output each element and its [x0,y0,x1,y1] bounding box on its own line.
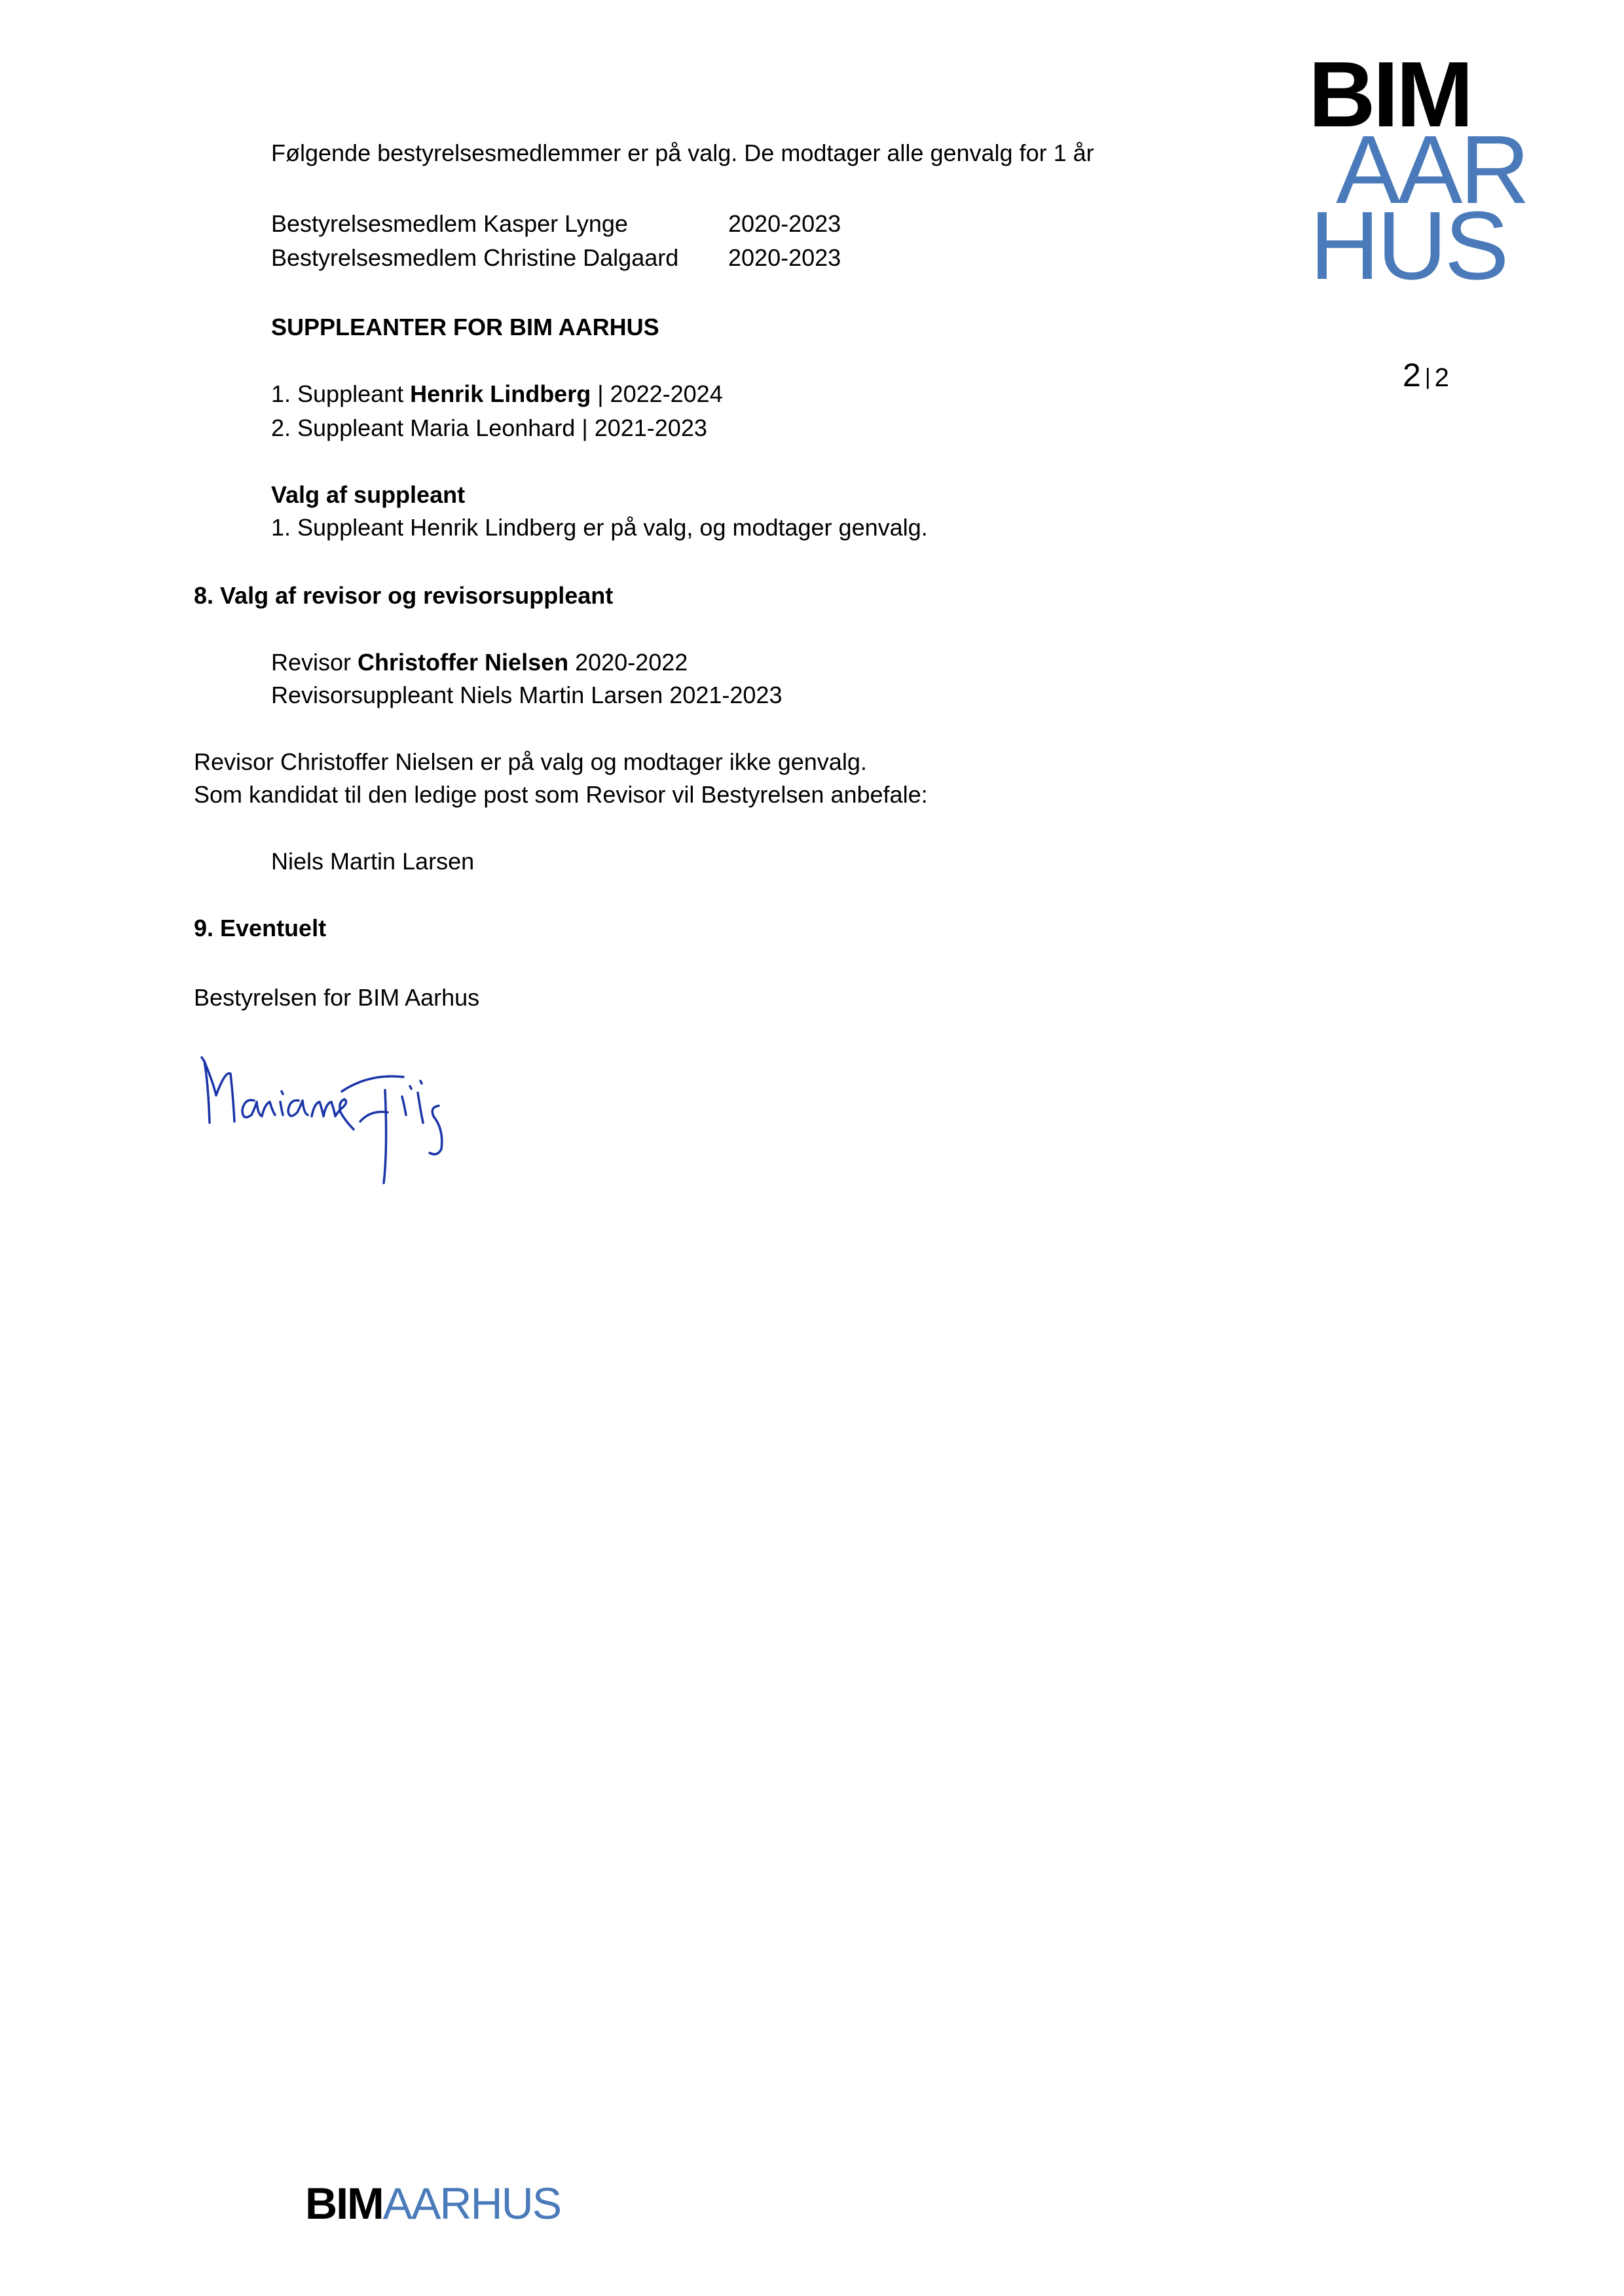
auditor-recommendation: Som kandidat til den ledige post som Rev… [194,778,928,812]
board-member-label: Bestyrelsesmedlem Kasper Lynge [271,210,628,237]
substitute-period: | 2022-2024 [591,380,723,407]
substitute-prefix: 1. Suppleant [271,380,410,407]
auditor-period: 2021-2023 [663,682,782,708]
auditor-candidate: Niels Martin Larsen [271,845,474,879]
auditor-row: Revisorsuppleant Niels Martin Larsen 202… [271,678,782,712]
substitute-name: Maria Leonhard [410,414,575,441]
substitute-prefix: 2. Suppleant [271,414,410,441]
board-member-row: Bestyrelsesmedlem Kasper Lynge [271,207,628,241]
board-member-period: 2020-2023 [728,207,841,241]
bim-aarhus-logo: BIM AAR HUS [1308,48,1518,297]
footer-logo: BIMAARHUS [305,2181,561,2226]
substitutes-heading: SUPPLEANTER FOR BIM AARHUS [271,310,659,344]
intro-text: Følgende bestyrelsesmedlemmer er på valg… [271,136,1094,170]
auditor-name: Christoffer Nielsen [358,649,568,676]
auditor-period: 2020-2022 [568,649,688,676]
signature-image [194,1044,534,1201]
page-current: 2 [1403,357,1421,393]
auditor-name: Niels Martin Larsen [460,682,663,708]
footer-logo-aarhus: AARHUS [383,2179,561,2229]
substitute-name: Henrik Lindberg [410,380,591,407]
board-member-label: Bestyrelsesmedlem Christine Dalgaard [271,244,678,271]
section-9-heading: 9. Eventuelt [194,911,326,945]
closing-text: Bestyrelsen for BIM Aarhus [194,981,479,1015]
auditor-row: Revisor Christoffer Nielsen 2020-2022 [271,646,688,680]
section-8-heading: 8. Valg af revisor og revisorsuppleant [194,579,613,613]
substitute-row: 2. Suppleant Maria Leonhard | 2021-2023 [271,411,707,445]
substitute-period: | 2021-2023 [575,414,707,441]
substitute-election-text: 1. Suppleant Henrik Lindberg er på valg,… [271,511,928,545]
logo-text-hus: HUS [1310,198,1506,295]
footer-logo-bim: BIM [305,2179,383,2229]
auditor-role: Revisorsuppleant [271,682,460,708]
auditor-role: Revisor [271,649,358,676]
page-separator: | [1425,365,1431,390]
board-member-row: Bestyrelsesmedlem Christine Dalgaard [271,241,678,275]
auditor-note: Revisor Christoffer Nielsen er på valg o… [194,745,867,779]
substitute-election-heading: Valg af suppleant [271,478,465,512]
substitute-row: 1. Suppleant Henrik Lindberg | 2022-2024 [271,377,723,411]
page-total: 2 [1435,363,1449,392]
board-member-period: 2020-2023 [728,241,841,275]
page-number: 2|2 [1403,359,1449,392]
